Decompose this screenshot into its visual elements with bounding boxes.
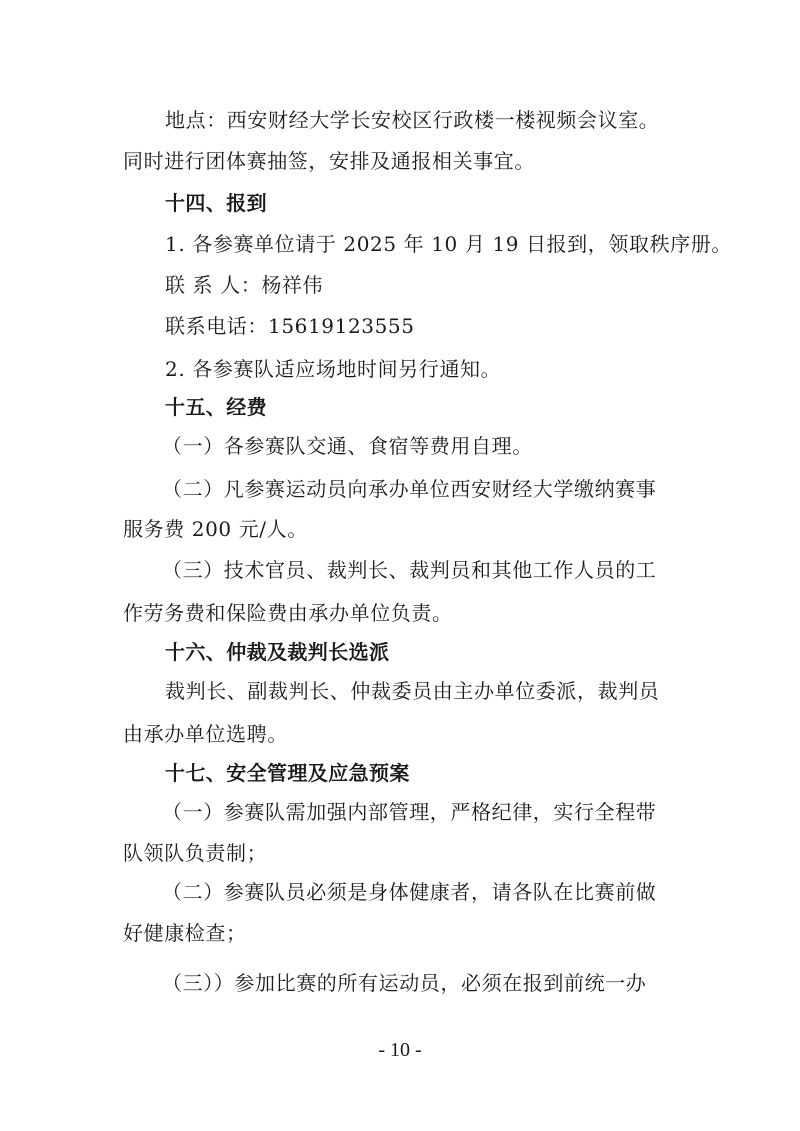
paragraph-expense-2-cont: 服务费 200 元/人。 — [123, 516, 683, 542]
contact-person: 联 系 人：杨祥伟 — [165, 272, 725, 298]
section-heading-safety: 十七、安全管理及应急预案 — [165, 760, 725, 786]
paragraph-expense-3: （三）技术官员、裁判长、裁判员和其他工作人员的工 — [162, 557, 722, 583]
paragraph-venue-adaptation: 2. 各参赛队适应场地时间另行通知。 — [165, 356, 725, 382]
contact-phone: 联系电话：15619123555 — [165, 313, 725, 339]
paragraph-arbitration: 裁判长、副裁判长、仲裁委员由主办单位委派，裁判员 — [165, 678, 725, 704]
paragraph-safety-1: （一）参赛队需加强内部管理，严格纪律，实行全程带 — [162, 799, 722, 825]
paragraph-registration-date: 1. 各参赛单位请于 2025 年 10 月 19 日报到，领取秩序册。 — [165, 231, 725, 257]
paragraph-safety-2: （二）参赛队员必须是身体健康者，请各队在比赛前做 — [162, 879, 722, 905]
paragraph-expense-3-cont: 作劳务费和保险费由承办单位负责。 — [123, 600, 683, 626]
paragraph-expense-2: （二）凡参赛运动员向承办单位西安财经大学缴纳赛事 — [162, 476, 722, 502]
section-heading-expenses: 十五、经费 — [165, 394, 725, 420]
page-number: - 10 - — [0, 1037, 800, 1063]
paragraph-location: 地点：西安财经大学长安校区行政楼一楼视频会议室。 — [165, 107, 725, 133]
paragraph-safety-1-cont: 队领队负责制； — [123, 840, 683, 866]
paragraph-location-cont: 同时进行团体赛抽签，安排及通报相关事宜。 — [123, 148, 683, 174]
paragraph-safety-3: （三））参加比赛的所有运动员，必须在报到前统一办 — [162, 970, 722, 996]
document-page: 地点：西安财经大学长安校区行政楼一楼视频会议室。 同时进行团体赛抽签，安排及通报… — [0, 0, 800, 1131]
paragraph-safety-2-cont: 好健康检查； — [123, 920, 683, 946]
paragraph-arbitration-cont: 由承办单位选聘。 — [123, 721, 683, 747]
section-heading-arbitration: 十六、仲裁及裁判长选派 — [165, 639, 725, 665]
section-heading-registration: 十四、报到 — [165, 190, 725, 216]
paragraph-expense-1: （一）各参赛队交通、食宿等费用自理。 — [162, 433, 722, 459]
